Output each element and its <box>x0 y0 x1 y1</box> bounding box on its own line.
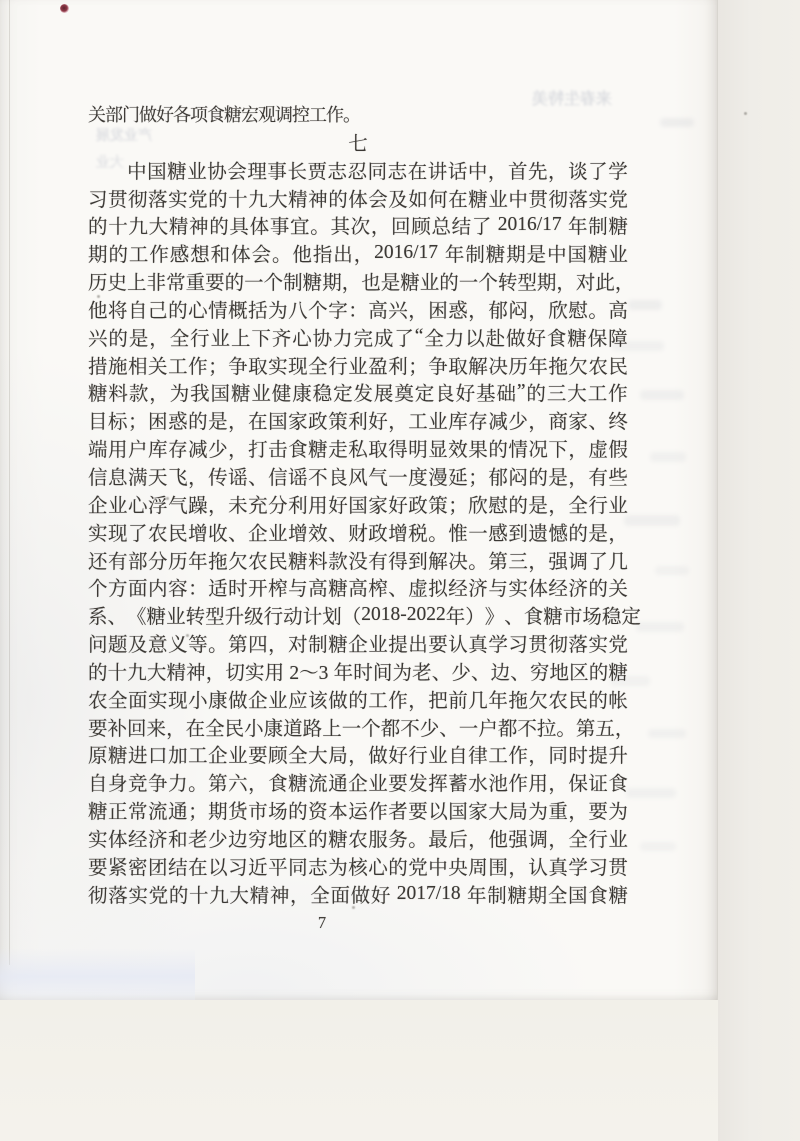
body-line: 个方面内容：适时开榨与高糖高榨、虚拟经济与实体经济的关 <box>88 573 628 601</box>
scan-stain <box>626 788 676 798</box>
scanner-background-bottom <box>0 1000 718 1141</box>
scan-stain <box>624 515 680 526</box>
body-line: 系、《糖业转型升级行动计划（2018-2022年）》、食糖市场稳定 <box>88 601 628 629</box>
ink-dot <box>60 4 69 13</box>
body-line: 他将自己的心情概括为八个字：高兴，困惑，郁闷，欣慰。高 <box>88 295 628 323</box>
body-line: 彻落实党的十九大精神，全面做好2017/18年制糖期全国食糖 <box>88 880 628 908</box>
body-paragraph: 中国糖业协会理事长贾志忍同志在讲话中，首先，谈了学习贯彻落实党的十九大精神的体会… <box>88 156 628 908</box>
body-line: 历史上非常重要的一个制糖期，也是糖业的一个转型期，对此， <box>88 267 628 295</box>
body-line: 要补回来，在全民小康道路上一个都不少、一户都不拉。第五， <box>88 713 628 741</box>
body-line: 信息满天飞，传谣、信谣不良风气一度漫延；郁闷的是，有些 <box>88 462 628 490</box>
body-line: 措施相关工作；争取实现全行业盈利；争取解决历年拖欠农民 <box>88 351 628 379</box>
scan-stain <box>640 842 676 851</box>
body-line: 要紧密团结在以习近平同志为核心的党中央周围，认真学习贯 <box>88 852 628 880</box>
body-line: 中国糖业协会理事长贾志忍同志在讲话中，首先，谈了学 <box>88 156 628 184</box>
body-line: 农全面实现小康做企业应该做的工作，把前几年拖欠农民的帐 <box>88 685 628 713</box>
scan-stain <box>655 566 689 575</box>
text-block: 关部门做好各项食糖宏观调控工作。 七 中国糖业协会理事长贾志忍同志在讲话中，首先… <box>88 100 628 908</box>
scanner-background-right <box>718 0 800 1141</box>
body-line: 糖料款，为我国糖业健康稳定发展奠定良好基础”的三大工作 <box>88 379 628 407</box>
body-line: 还有部分历年拖欠农民糖料款没有得到解决。第三，强调了几 <box>88 546 628 574</box>
scan-stain <box>650 452 686 462</box>
scan-stain <box>640 390 684 400</box>
body-line: 习贯彻落实党的十九大精神的体会及如何在糖业中贯彻落实党 <box>88 184 628 212</box>
dust-speck <box>744 112 747 115</box>
body-line: 目标；困惑的是，在国家政策利好，工业库存减少，商家、终 <box>88 406 628 434</box>
body-line: 的十九大精神，切实用2～3年时间为老、少、边、穷地区的糖 <box>88 657 628 685</box>
body-line: 糖正常流通；期货市场的资本运作者要以国家大局为重，要为 <box>88 796 628 824</box>
scan-stain <box>628 300 662 310</box>
body-line: 原糖进口加工企业要顾全大局，做好行业自律工作，同时提升 <box>88 741 628 769</box>
body-line: 自身竞争力。第六，食糖流通企业要发挥蓄水池作用，保证食 <box>88 768 628 796</box>
scanned-page-photo: { "page": { "continued_line": "关部门做好各项食糖… <box>0 0 800 1141</box>
body-line: 期的工作感想和体会。他指出，2016/17年制糖期是中国糖业 <box>88 239 628 267</box>
scan-stain <box>636 622 684 632</box>
body-line: 端用户库存减少，打击食糖走私取得明显效果的情况下，虚假 <box>88 434 628 462</box>
body-line: 问题及意义等。第四，对制糖企业提出要认真学习贯彻落实党 <box>88 629 628 657</box>
continued-sentence-line: 关部门做好各项食糖宏观调控工作。 <box>88 100 628 128</box>
body-line: 企业心浮气躁，未充分利用好国家好政策；欣慰的是，全行业 <box>88 490 628 518</box>
paper-crease <box>9 0 10 965</box>
section-heading: 七 <box>88 128 628 156</box>
scan-stain <box>660 118 694 127</box>
page-number: 7 <box>52 913 592 937</box>
paper-fold-shadow <box>0 948 195 1000</box>
scan-stain <box>648 729 686 738</box>
body-line: 实现了农民增收、企业增效、财政增税。惟一感到遗憾的是， <box>88 518 628 546</box>
body-line: 实体经济和老少边穷地区的糖农服务。最后，他强调，全行业 <box>88 824 628 852</box>
body-line: 的十九大精神的具体事宜。其次，回顾总结了2016/17年制糖 <box>88 211 628 239</box>
body-line: 兴的是，全行业上下齐心协力完成了“全力以赴做好食糖保障 <box>88 323 628 351</box>
